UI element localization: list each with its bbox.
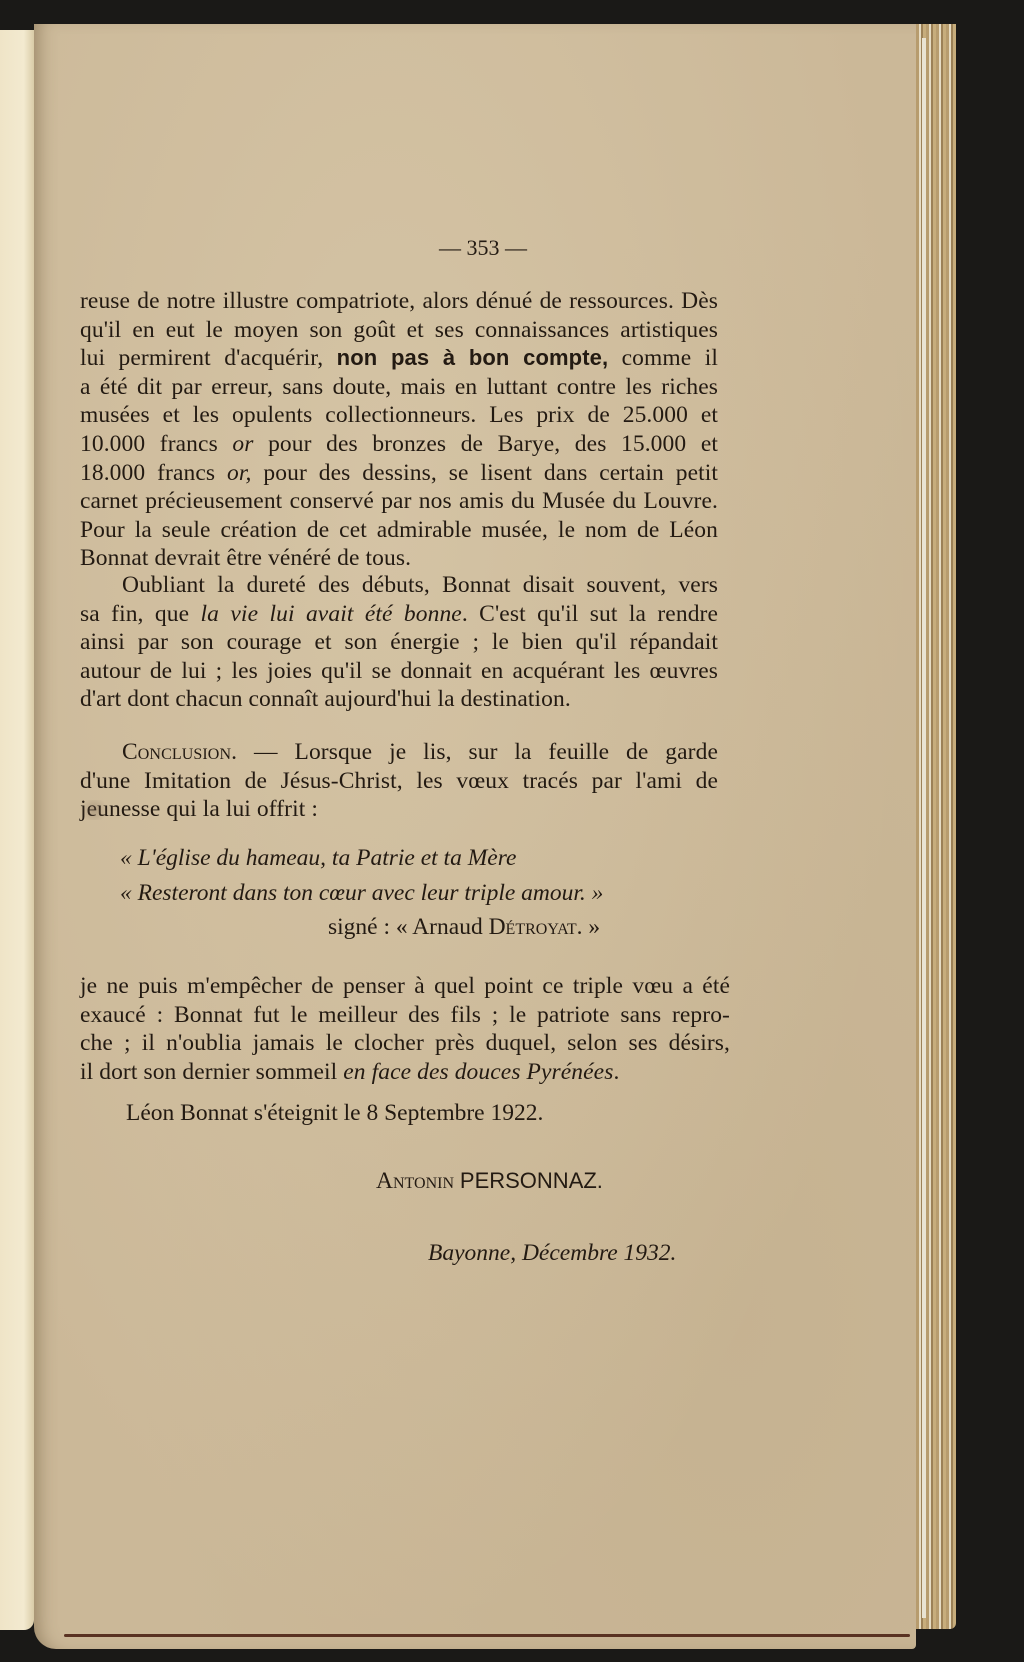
text-fragment: 10.000 francs (80, 431, 218, 457)
text-fragment: 18.000 francs (80, 460, 215, 486)
text-line: exaucé : Bonnat fut le meilleur des fils… (80, 1001, 730, 1030)
text-line: lui permirent d'acquérir, non pas à bon … (80, 344, 718, 373)
paragraph-1: reuse de notre illustre compatriote, alo… (80, 287, 718, 573)
ink-blot (78, 800, 110, 820)
text-line: 10.000 francs or pour des bronzes de Bar… (80, 430, 718, 459)
text-line: je ne puis m'empêcher de penser à quel p… (80, 972, 730, 1001)
text-fragment: il dort son dernier sommeil (80, 1059, 337, 1085)
place-and-date: Bayonne, Décembre 1932. (428, 1240, 676, 1267)
text-line: qu'il en eut le moyen son goût et ses co… (80, 316, 718, 345)
text-line: jeunesse qui la lui offrit : (80, 795, 718, 824)
left-page-edge (0, 30, 34, 1630)
text-line: sa fin, que la vie lui avait été bonne. … (80, 600, 718, 629)
text-fragment: . (613, 1059, 619, 1085)
signature-name: Détroyat (489, 914, 577, 940)
death-date-line: Léon Bonnat s'éteignit le 8 Septembre 19… (126, 1100, 543, 1127)
paragraph-3: je ne puis m'empêcher de penser à quel p… (80, 972, 730, 1086)
signature-prefix: signé : « Arnaud (328, 914, 489, 940)
bold-phrase: non pas à bon compte, (337, 345, 609, 370)
page-bottom-edge (64, 1634, 910, 1637)
text-fragment: sa fin, que (80, 601, 189, 627)
paragraph-2: Oubliant la dureté des débuts, Bonnat di… (80, 571, 718, 714)
author-last-name: PERSONNAZ. (460, 1168, 603, 1193)
text-line: a été dit par erreur, sans doute, mais e… (80, 373, 718, 402)
text-line: 18.000 francs or, pour des dessins, se l… (80, 459, 718, 488)
book-page (34, 24, 916, 1649)
page-number: — 353 — (0, 235, 966, 261)
section-heading: Conclusion. (122, 739, 237, 765)
text-line: musées et les opulents collectionneurs. … (80, 401, 718, 430)
signature-suffix: . » (577, 914, 601, 940)
text-line: Conclusion. — Lorsque je lis, sur la feu… (80, 738, 718, 767)
text-line: reuse de notre illustre compatriote, alo… (80, 287, 718, 316)
text-line: autour de lui ; les joies qu'il se donna… (80, 657, 718, 686)
text-line: Pour la seule création de cet admirable … (80, 516, 718, 545)
verse-line-1: « L'église du hameau, ta Patrie et ta Mè… (120, 845, 516, 872)
text-line: Bonnat devrait être vénéré de tous. (80, 544, 718, 573)
italic-word: or, (227, 460, 251, 486)
text-line: ainsi par son courage et son énergie ; l… (80, 628, 718, 657)
verse-signature: signé : « Arnaud Détroyat. » (328, 914, 600, 941)
text-line: carnet précieusement conservé par nos am… (80, 487, 718, 516)
author-first-name: Antonin (376, 1168, 454, 1194)
text-line: d'art dont chacun connaît aujourd'hui la… (80, 685, 718, 714)
text-fragment: . C'est qu'il sut la rendre (462, 601, 718, 627)
text-fragment: — Lorsque je lis, sur la feuille de gard… (254, 739, 718, 765)
text-line: il dort son dernier sommeil en face des … (80, 1058, 730, 1087)
text-fragment: comme il (622, 345, 718, 371)
verse-line-2: « Resteront dans ton cœur avec leur trip… (120, 880, 603, 907)
conclusion-paragraph: Conclusion. — Lorsque je lis, sur la feu… (80, 738, 718, 824)
italic-word: or (232, 431, 253, 457)
page-edge-highlight (922, 38, 926, 1618)
text-fragment: lui permirent d'acquérir, (80, 345, 323, 371)
text-fragment: pour des bronzes de Barye, des 15.000 et (268, 431, 718, 457)
text-fragment: pour des dessins, se lisent dans certain… (263, 460, 718, 486)
italic-phrase: la vie lui avait été bonne (201, 601, 462, 627)
author-signature: Antonin PERSONNAZ. (376, 1168, 603, 1195)
text-line: d'une Imitation de Jésus-Christ, les vœu… (80, 767, 718, 796)
text-line: Oubliant la dureté des débuts, Bonnat di… (80, 571, 718, 600)
italic-phrase: en face des douces Pyrénées (343, 1059, 613, 1085)
text-line: che ; il n'oublia jamais le clocher près… (80, 1029, 730, 1058)
